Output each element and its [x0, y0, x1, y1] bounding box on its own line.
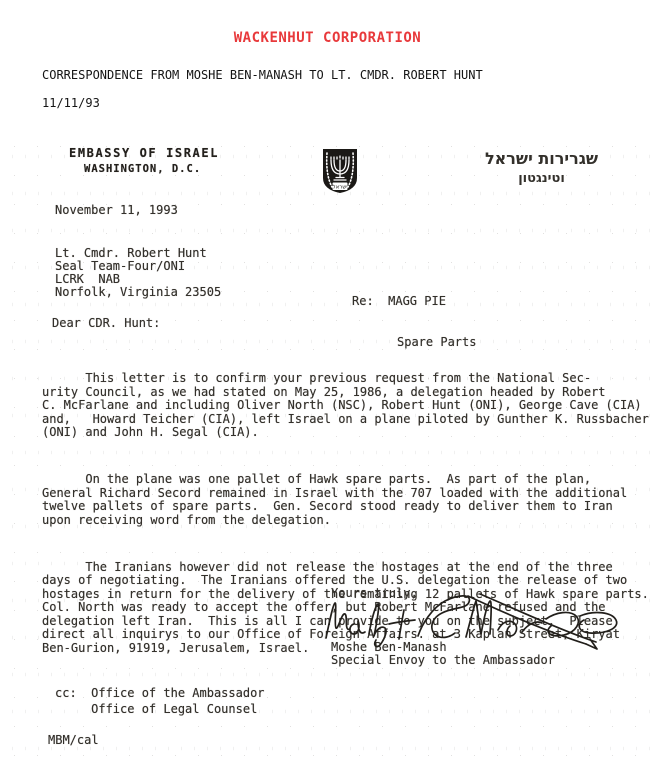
paragraph-2: On the plane was one pallet of Hawk spar… — [42, 473, 654, 527]
letter-scan: EMBASSY OF ISRAEL WASHINGTON, D.C. ישראל — [0, 125, 655, 779]
document-title: WACKENHUT CORPORATION — [0, 30, 655, 46]
recipient-address: Lt. Cmdr. Robert Hunt Seal Team-Four/ONI… — [55, 247, 221, 299]
hebrew-city-line: וטינגטון — [484, 171, 599, 186]
handwritten-signature — [318, 592, 648, 656]
document-date: 11/11/93 — [42, 96, 100, 110]
israel-state-emblem-icon: ישראל — [321, 147, 359, 198]
cc-block: cc: Office of the Ambassador Office of L… — [55, 686, 265, 717]
letterhead-org-name: EMBASSY OF ISRAEL — [69, 146, 219, 160]
letterhead-hebrew-text: שגרירות ישראל וטינגטון — [484, 150, 599, 186]
letterhead-org-location: WASHINGTON, D.C. — [84, 163, 201, 175]
reference-initials: MBM/cal — [48, 734, 99, 748]
re-subject: Re: MAGG PIE — [352, 295, 476, 309]
letter-date: November 11, 1993 — [55, 204, 178, 218]
paragraph-1: This letter is to confirm your previous … — [42, 372, 654, 440]
hebrew-embassy-line: שגרירות ישראל — [484, 150, 599, 168]
document-subject: CORRESPONDENCE FROM MOSHE BEN-MANASH TO … — [42, 68, 483, 82]
document-page: WACKENHUT CORPORATION CORRESPONDENCE FRO… — [0, 0, 655, 779]
signer-title: Special Envoy to the Ambassador — [331, 654, 555, 668]
svg-text:ישראל: ישראל — [332, 184, 347, 191]
salutation: Dear CDR. Hunt: — [52, 317, 160, 331]
